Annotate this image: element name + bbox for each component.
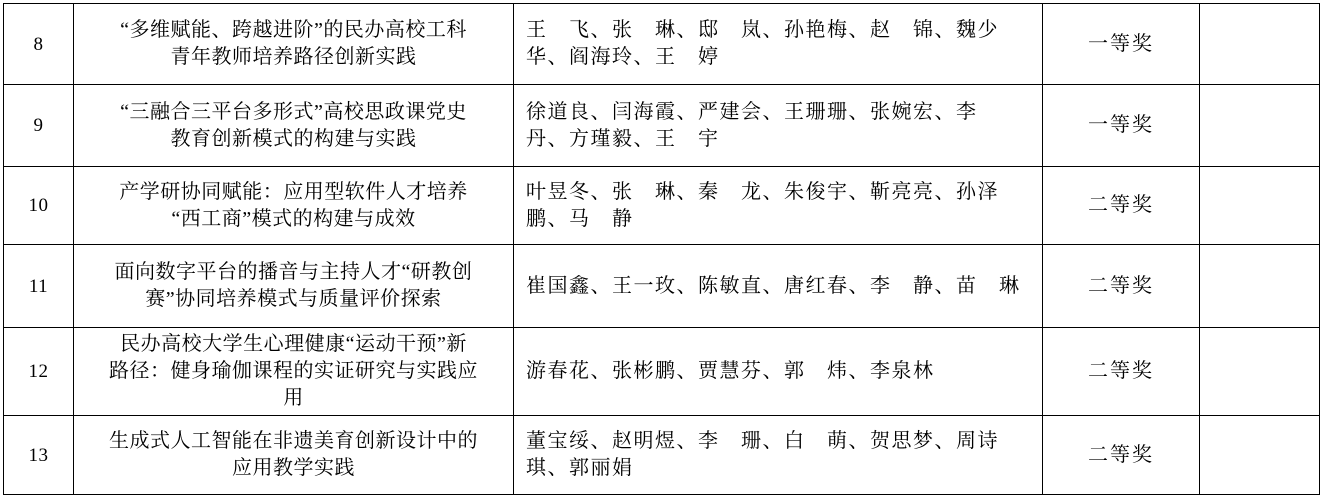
row-number-cell: 12 (4, 328, 74, 416)
team-members-cell: 徐道良、闫海霞、严建会、王珊珊、张婉宏、李 丹、方瑾毅、王 宇 (514, 85, 1043, 167)
remark-cell (1200, 245, 1320, 328)
table-row: 9“三融合三平台多形式”高校思政课党史 教育创新模式的构建与实践徐道良、闫海霞、… (4, 85, 1320, 167)
award-level-cell: 二等奖 (1043, 167, 1200, 245)
team-members-cell: 叶昱冬、张 琳、秦 龙、朱俊宇、靳亮亮、孙泽 鹏、马 静 (514, 167, 1043, 245)
table-row: 8“多维赋能、跨越进阶”的民办高校工科 青年教师培养路径创新实践王 飞、张 琳、… (4, 4, 1320, 85)
remark-cell (1200, 328, 1320, 416)
award-level-cell: 二等奖 (1043, 328, 1200, 416)
remark-cell (1200, 167, 1320, 245)
table-row: 12民办高校大学生心理健康“运动干预”新 路径：健身瑜伽课程的实证研究与实践应 … (4, 328, 1320, 416)
table-row: 13生成式人工智能在非遗美育创新设计中的 应用教学实践董宝绥、赵明煜、李 珊、白… (4, 416, 1320, 495)
achievement-title-cell: 生成式人工智能在非遗美育创新设计中的 应用教学实践 (74, 416, 514, 495)
achievement-title-cell: 民办高校大学生心理健康“运动干预”新 路径：健身瑜伽课程的实证研究与实践应 用 (74, 328, 514, 416)
award-level-cell: 一等奖 (1043, 85, 1200, 167)
remark-cell (1200, 4, 1320, 85)
row-number-cell: 8 (4, 4, 74, 85)
team-members-cell: 游春花、张彬鹏、贾慧芬、郭 炜、李泉林 (514, 328, 1043, 416)
team-members-cell: 董宝绥、赵明煜、李 珊、白 萌、贺思梦、周诗 琪、郭丽娟 (514, 416, 1043, 495)
award-level-cell: 一等奖 (1043, 4, 1200, 85)
row-number-cell: 11 (4, 245, 74, 328)
row-number-cell: 13 (4, 416, 74, 495)
row-number-cell: 9 (4, 85, 74, 167)
table-row: 11面向数字平台的播音与主持人才“研教创 赛”协同培养模式与质量评价探索崔国鑫、… (4, 245, 1320, 328)
team-members-cell: 崔国鑫、王一玫、陈敏直、唐红春、李 静、苗 琳 (514, 245, 1043, 328)
achievement-title-cell: “三融合三平台多形式”高校思政课党史 教育创新模式的构建与实践 (74, 85, 514, 167)
award-level-cell: 二等奖 (1043, 245, 1200, 328)
remark-cell (1200, 416, 1320, 495)
achievement-title-cell: 产学研协同赋能：应用型软件人才培养 “西工商”模式的构建与成效 (74, 167, 514, 245)
team-members-cell: 王 飞、张 琳、邸 岚、孙艳梅、赵 锦、魏少 华、阎海玲、王 婷 (514, 4, 1043, 85)
achievement-title-cell: 面向数字平台的播音与主持人才“研教创 赛”协同培养模式与质量评价探索 (74, 245, 514, 328)
awards-table: 8“多维赋能、跨越进阶”的民办高校工科 青年教师培养路径创新实践王 飞、张 琳、… (3, 3, 1320, 495)
remark-cell (1200, 85, 1320, 167)
award-level-cell: 二等奖 (1043, 416, 1200, 495)
awards-table-body: 8“多维赋能、跨越进阶”的民办高校工科 青年教师培养路径创新实践王 飞、张 琳、… (4, 4, 1320, 495)
achievement-title-cell: “多维赋能、跨越进阶”的民办高校工科 青年教师培养路径创新实践 (74, 4, 514, 85)
table-row: 10产学研协同赋能：应用型软件人才培养 “西工商”模式的构建与成效叶昱冬、张 琳… (4, 167, 1320, 245)
row-number-cell: 10 (4, 167, 74, 245)
